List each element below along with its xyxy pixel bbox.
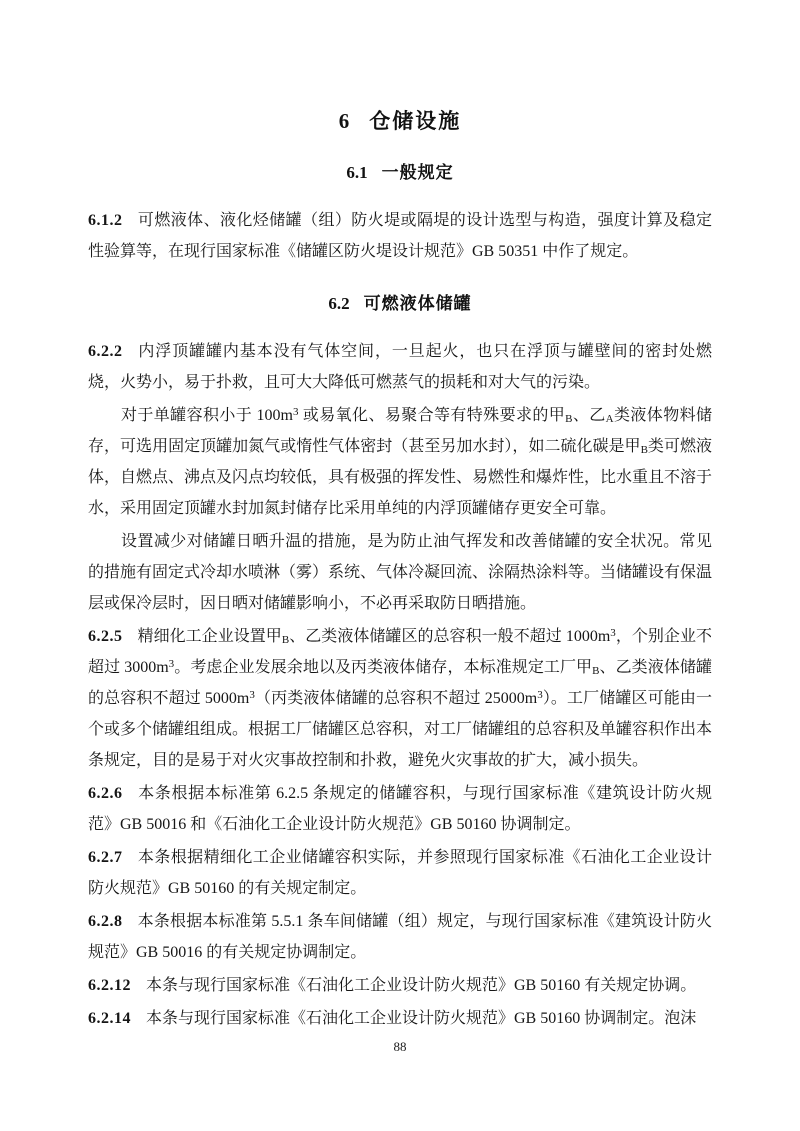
document-content: 6仓储设施 6.1一般规定6.1.2可燃液体、液化烃储罐（组）防火堤或隔堤的设计…	[88, 0, 712, 1036]
clause-paragraph: 6.2.7本条根据精细化工企业储罐容积实际，并参照现行国家标准《石油化工企业设计…	[88, 842, 712, 904]
document-page: 6仓储设施 6.1一般规定6.1.2可燃液体、液化烃储罐（组）防火堤或隔堤的设计…	[0, 0, 800, 1131]
clause-number: 6.2.7	[88, 849, 123, 866]
subscript-text: A	[606, 413, 614, 425]
section-heading: 6.1一般规定	[88, 160, 712, 185]
paragraph: 对于单罐容积小于 100m3 或易氧化、易聚合等有特殊要求的甲B、乙A类液体物料…	[88, 400, 712, 524]
clause-number: 6.2.2	[88, 343, 123, 360]
text-run: 或易氧化、易聚合等有特殊要求的甲	[298, 407, 565, 424]
chapter-title: 仓储设施	[369, 109, 461, 133]
clause-number: 6.1.2	[88, 212, 123, 229]
section-title: 一般规定	[382, 163, 454, 182]
text-run: 、乙	[572, 407, 605, 424]
text-run: 本条与现行国家标准《石油化工企业设计防火规范》GB 50160 协调制定。泡沫	[146, 1010, 696, 1027]
subscript-text: B	[641, 444, 648, 456]
text-run: 本条根据精细化工企业储罐容积实际，并参照现行国家标准《石油化工企业设计防火规范》…	[88, 849, 712, 897]
chapter-number: 6	[339, 109, 350, 133]
clause-paragraph: 6.2.14本条与现行国家标准《石油化工企业设计防火规范》GB 50160 协调…	[88, 1003, 712, 1034]
page-footer: 88	[0, 1038, 800, 1056]
clause-number: 6.2.12	[88, 977, 131, 994]
paragraph: 设置减少对储罐日晒升温的措施，是为防止油气挥发和改善储罐的安全状况。常见的措施有…	[88, 526, 712, 619]
text-run: 可燃液体、液化烃储罐（组）防火堤或隔堤的设计选型与构造，强度计算及稳定性验算等，…	[88, 212, 712, 260]
clause-number: 6.2.14	[88, 1010, 131, 1027]
section-number: 6.1	[346, 163, 367, 182]
clause-paragraph: 6.2.5精细化工企业设置甲B、乙类液体储罐区的总容积一般不超过 1000m3，…	[88, 621, 712, 776]
text-run: 精细化工企业设置甲	[138, 628, 282, 645]
chapter-heading: 6仓储设施	[88, 106, 712, 136]
text-run: 对于单罐容积小于 100m	[121, 407, 293, 424]
text-run: （丙类液体储罐的总容积不超过 25000m	[255, 690, 537, 707]
clause-number: 6.2.5	[88, 628, 123, 645]
clause-paragraph: 6.2.6本条根据本标准第 6.2.5 条规定的储罐容积，与现行国家标准《建筑设…	[88, 778, 712, 840]
text-run: 、乙类液体储罐区的总容积一般不超过 1000m	[289, 628, 610, 645]
clause-number: 6.2.8	[88, 913, 123, 930]
text-run: 。考虑企业发展余地以及丙类液体储存，本标准规定工厂甲	[174, 659, 592, 676]
text-run: 本条根据本标准第 5.5.1 条车间储罐（组）规定，与现行国家标准《建筑设计防火…	[88, 913, 712, 961]
clause-paragraph: 6.2.8本条根据本标准第 5.5.1 条车间储罐（组）规定，与现行国家标准《建…	[88, 906, 712, 968]
text-run: 本条与现行国家标准《石油化工企业设计防火规范》GB 50160 有关规定协调。	[146, 977, 696, 994]
clause-paragraph: 6.1.2可燃液体、液化烃储罐（组）防火堤或隔堤的设计选型与构造，强度计算及稳定…	[88, 205, 712, 267]
clause-number: 6.2.6	[88, 785, 123, 802]
document-body: 6.1一般规定6.1.2可燃液体、液化烃储罐（组）防火堤或隔堤的设计选型与构造，…	[88, 160, 712, 1034]
text-run: 本条根据本标准第 6.2.5 条规定的储罐容积，与现行国家标准《建筑设计防火规范…	[88, 785, 712, 833]
page-number: 88	[394, 1039, 407, 1054]
clause-paragraph: 6.2.2内浮顶罐罐内基本没有气体空间，一旦起火，也只在浮顶与罐壁间的密封处燃烧…	[88, 336, 712, 398]
clause-paragraph: 6.2.12本条与现行国家标准《石油化工企业设计防火规范》GB 50160 有关…	[88, 970, 712, 1001]
section-title: 可燃液体储罐	[364, 294, 472, 313]
text-run: 内浮顶罐罐内基本没有气体空间，一旦起火，也只在浮顶与罐壁间的密封处燃烧，火势小，…	[88, 343, 712, 391]
section-heading: 6.2可燃液体储罐	[88, 291, 712, 316]
section-number: 6.2	[328, 294, 349, 313]
text-run: 设置减少对储罐日晒升温的措施，是为防止油气挥发和改善储罐的安全状况。常见的措施有…	[88, 533, 712, 612]
